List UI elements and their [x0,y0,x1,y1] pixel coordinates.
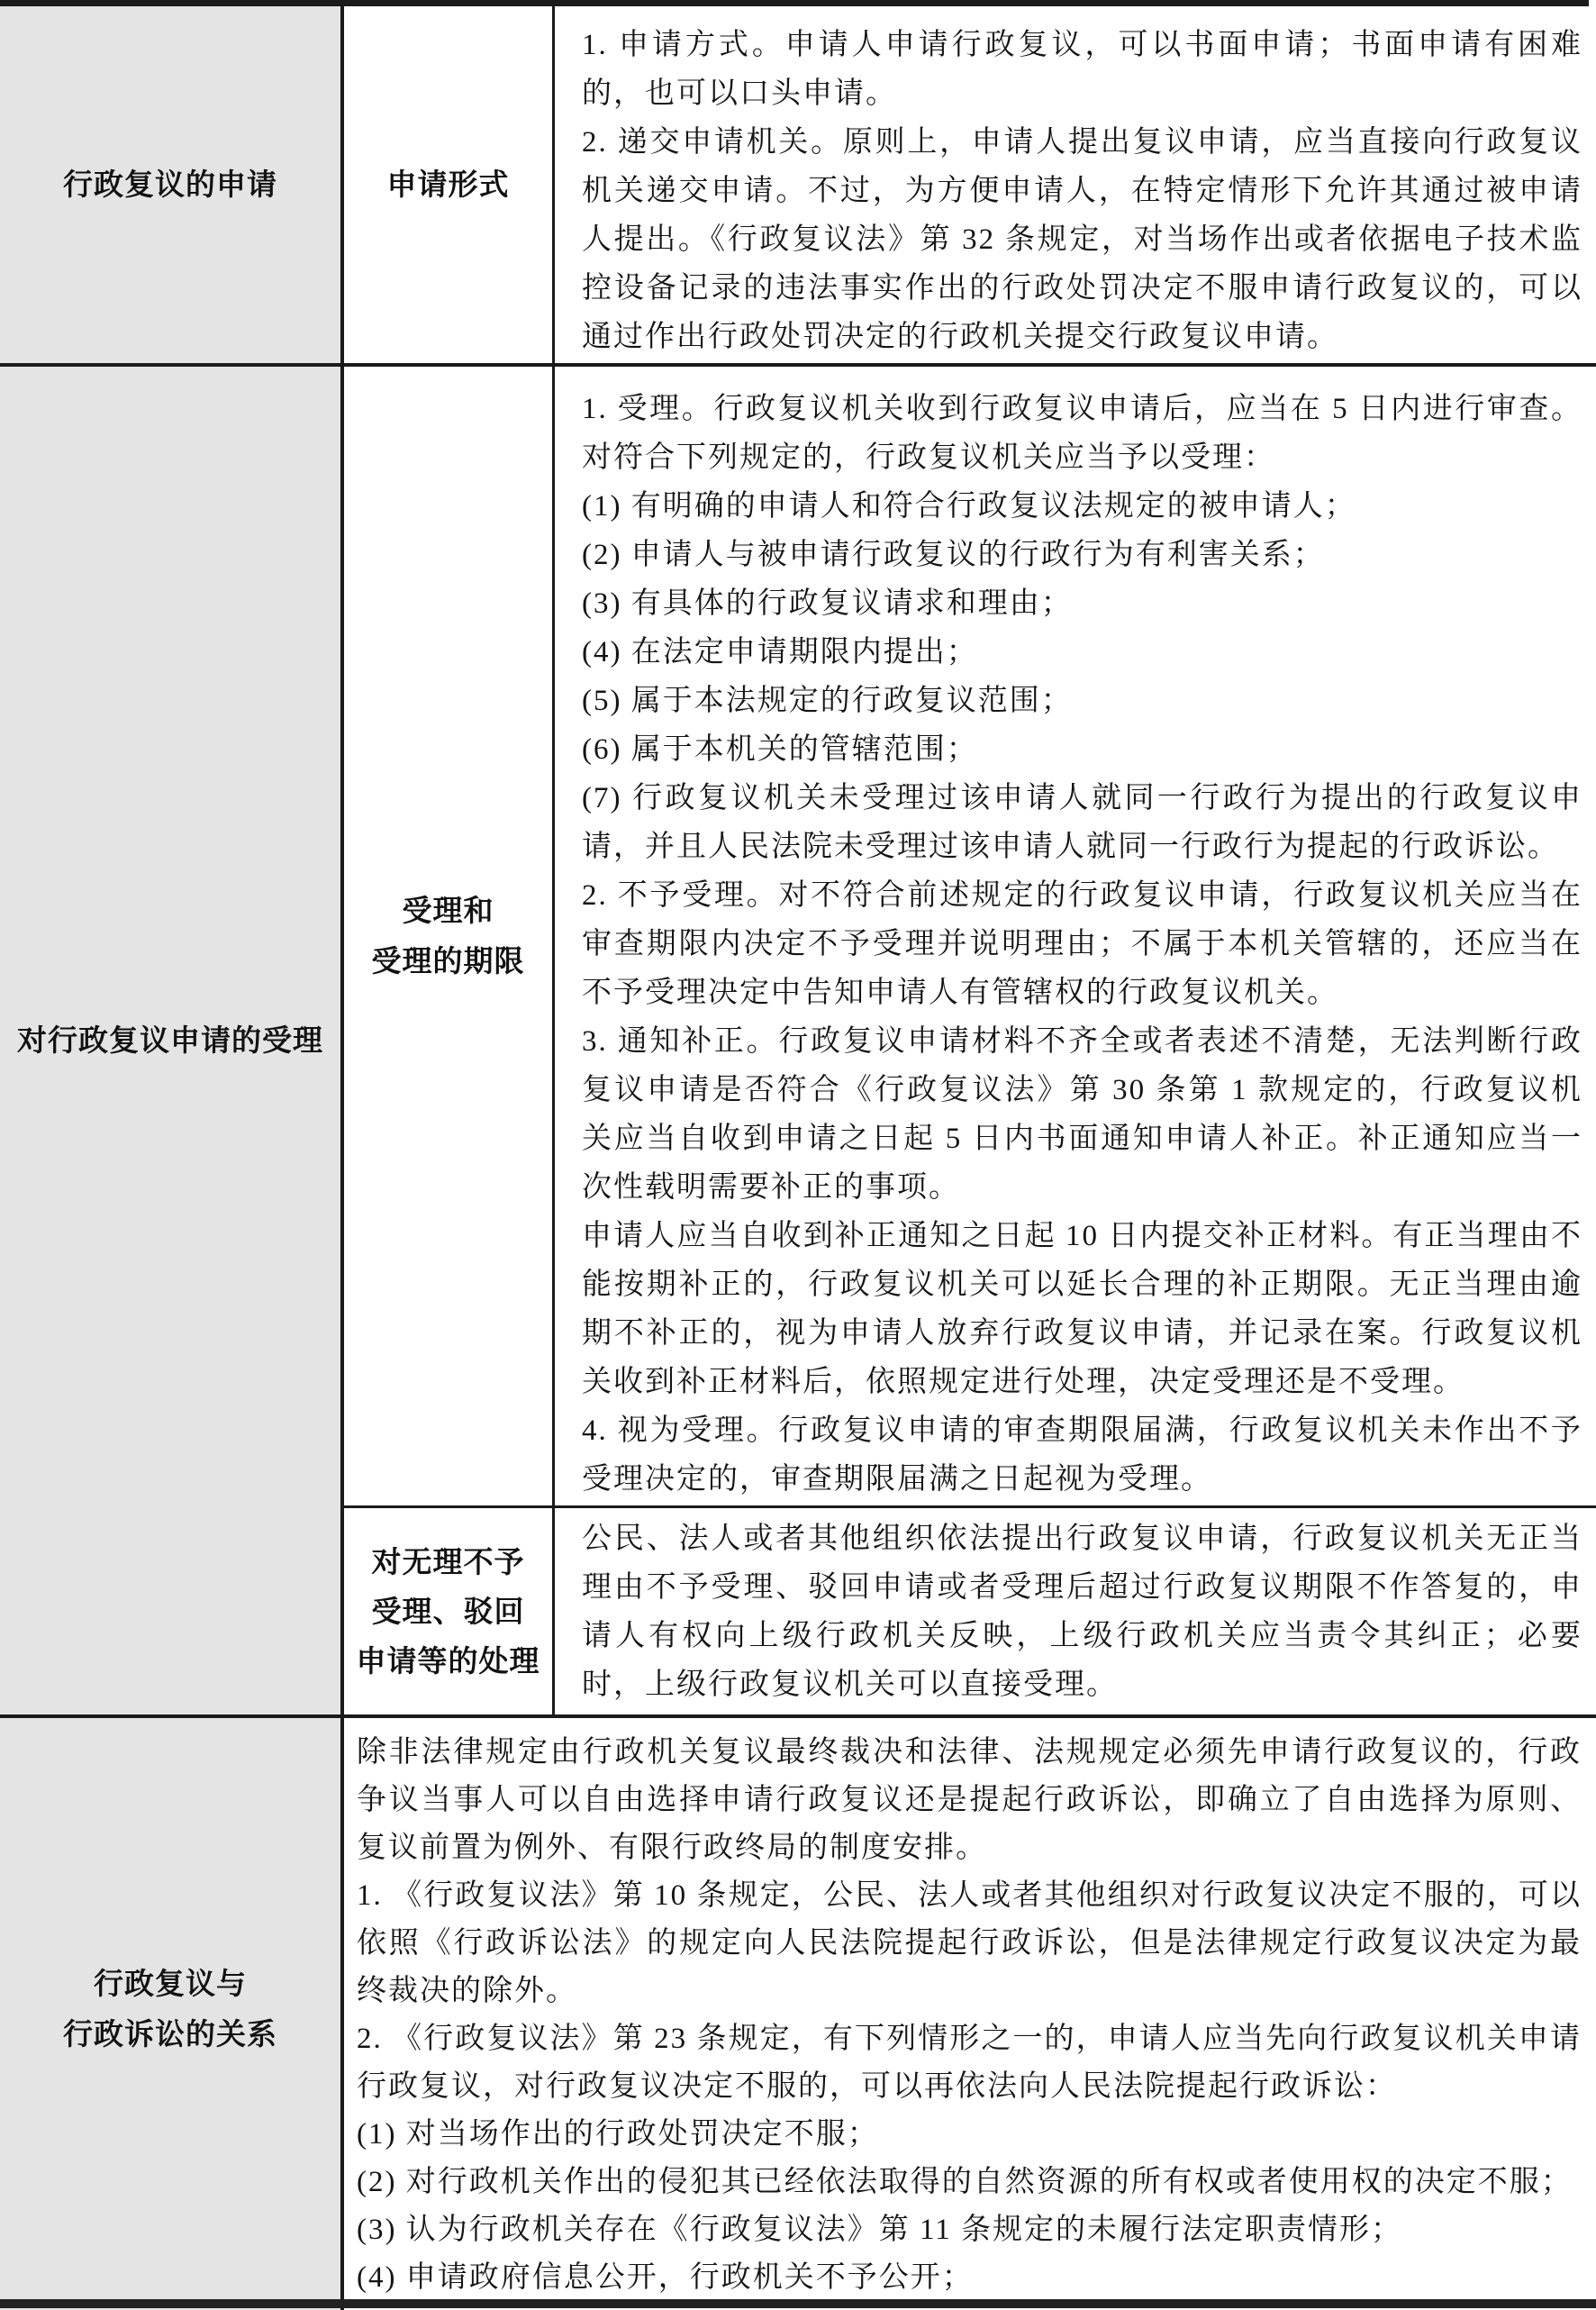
row1-subheader-cell: 申请形式 [344,6,552,363]
content-paragraph: (1) 有明确的申请人和符合行政复议法规定的被申请人； [582,482,1582,531]
row2b-subheader-line: 申请等的处理 [357,1636,540,1686]
row3-header-cell: 行政复议与 行政诉讼的关系 [0,1718,340,2299]
content-paragraph: (6) 属于本机关的管辖范围； [582,725,1582,774]
row2-header-label: 对行政复议申请的受理 [17,1015,323,1066]
content-paragraph: 2. 《行政复议法》第 23 条规定，有下列情形之一的，申请人应当先向行政复议机… [357,2015,1582,2111]
row2b-content-cell: 公民、法人或者其他组织依法提出行政复议申请，行政复议机关无正当理由不予受理、驳回… [555,1508,1596,1714]
table-divider-row1-row2 [0,363,1596,367]
content-paragraph: 1. 《行政复议法》第 10 条规定，公民、法人或者其他组织对行政复议决定不服的… [357,1872,1582,2015]
row1-header-cell: 行政复议的申请 [0,6,340,363]
row3-header-line: 行政复议与 [94,1959,247,2009]
content-paragraph: (1) 对当场作出的行政处罚决定不服； [357,2111,1582,2159]
row1-content-cell: 1. 申请方式。申请人申请行政复议，可以书面申请；书面申请有困难的，也可以口头申… [555,6,1596,363]
row2a-subheader-line: 受理的期限 [372,936,525,987]
row2b-subheader-line: 受理、驳回 [372,1587,525,1636]
row2-header-cell: 对行政复议申请的受理 [0,367,340,1714]
row1-subheader-label: 申请形式 [387,159,510,210]
content-paragraph: (2) 对行政机关作出的侵犯其已经依法取得的自然资源的所有权或者使用权的决定不服… [357,2159,1582,2206]
content-paragraph: (4) 申请政府信息公开，行政机关不予公开； [357,2254,1582,2302]
row2a-subheader-cell: 受理和 受理的期限 [344,367,552,1505]
row3-header-line: 行政诉讼的关系 [63,2009,277,2060]
content-paragraph: (4) 在法定申请期限内提出； [582,628,1582,677]
table-border-top [0,0,1589,6]
content-paragraph: 4. 视为受理。行政复议申请的审查期限届满，行政复议机关未作出不予受理决定的，审… [582,1406,1582,1504]
content-paragraph: 2. 不予受理。对不符合前述规定的行政复议申请，行政复议机关应当在审查期限内决定… [582,871,1582,1017]
table-divider-col1 [340,0,344,2310]
row2a-content-cell: 1. 受理。行政复议机关收到行政复议申请后，应当在 5 日内进行审查。对符合下列… [555,367,1596,1505]
content-paragraph: 1. 受理。行政复议机关收到行政复议申请后，应当在 5 日内进行审查。对符合下列… [582,385,1582,482]
content-paragraph: 申请人应当自收到补正通知之日起 10 日内提交补正材料。有正当理由不能按期补正的… [582,1212,1582,1406]
row3-content-cell: 除非法律规定由行政机关复议最终裁决和法律、法规规定必须先申请行政复议的，行政争议… [344,1718,1596,2299]
row2a-subheader-line: 受理和 [403,886,494,936]
content-paragraph: 2. 递交申请机关。原则上，申请人提出复议申请，应当直接向行政复议机关递交申请。… [582,118,1582,361]
content-paragraph: (5) 属于本法规定的行政复议范围； [582,677,1582,725]
content-paragraph: 1. 申请方式。申请人申请行政复议，可以书面申请；书面申请有困难的，也可以口头申… [582,21,1582,118]
content-paragraph: (7) 行政复议机关未受理过该申请人就同一行政行为提出的行政复议申请，并且人民法… [582,774,1582,871]
content-paragraph: 3. 通知补正。行政复议申请材料不齐全或者表述不清楚，无法判断行政复议申请是否符… [582,1017,1582,1212]
content-paragraph: 公民、法人或者其他组织依法提出行政复议申请，行政复议机关无正当理由不予受理、驳回… [582,1514,1582,1709]
table-divider-row2-row3 [0,1714,1596,1718]
content-paragraph: (3) 有具体的行政复议请求和理由； [582,579,1582,628]
row2b-subheader-line: 对无理不予 [372,1537,525,1587]
content-paragraph: (2) 申请人与被申请行政复议的行政行为有利害关系； [582,531,1582,579]
content-paragraph: 除非法律规定由行政机关复议最终裁决和法律、法规规定必须先申请行政复议的，行政争议… [357,1729,1582,1872]
table-divider-row2a-row2b [340,1505,1596,1508]
table-border-bottom [0,2299,1596,2308]
row2b-subheader-cell: 对无理不予 受理、驳回 申请等的处理 [344,1508,552,1714]
content-paragraph: (3) 认为行政机关存在《行政复议法》第 11 条规定的未履行法定职责情形； [357,2206,1582,2254]
table-divider-col2 [552,0,555,1717]
scanned-table-page: 行政复议的申请 申请形式 1. 申请方式。申请人申请行政复议，可以书面申请；书面… [0,0,1596,2310]
row1-header-label: 行政复议的申请 [63,159,277,210]
